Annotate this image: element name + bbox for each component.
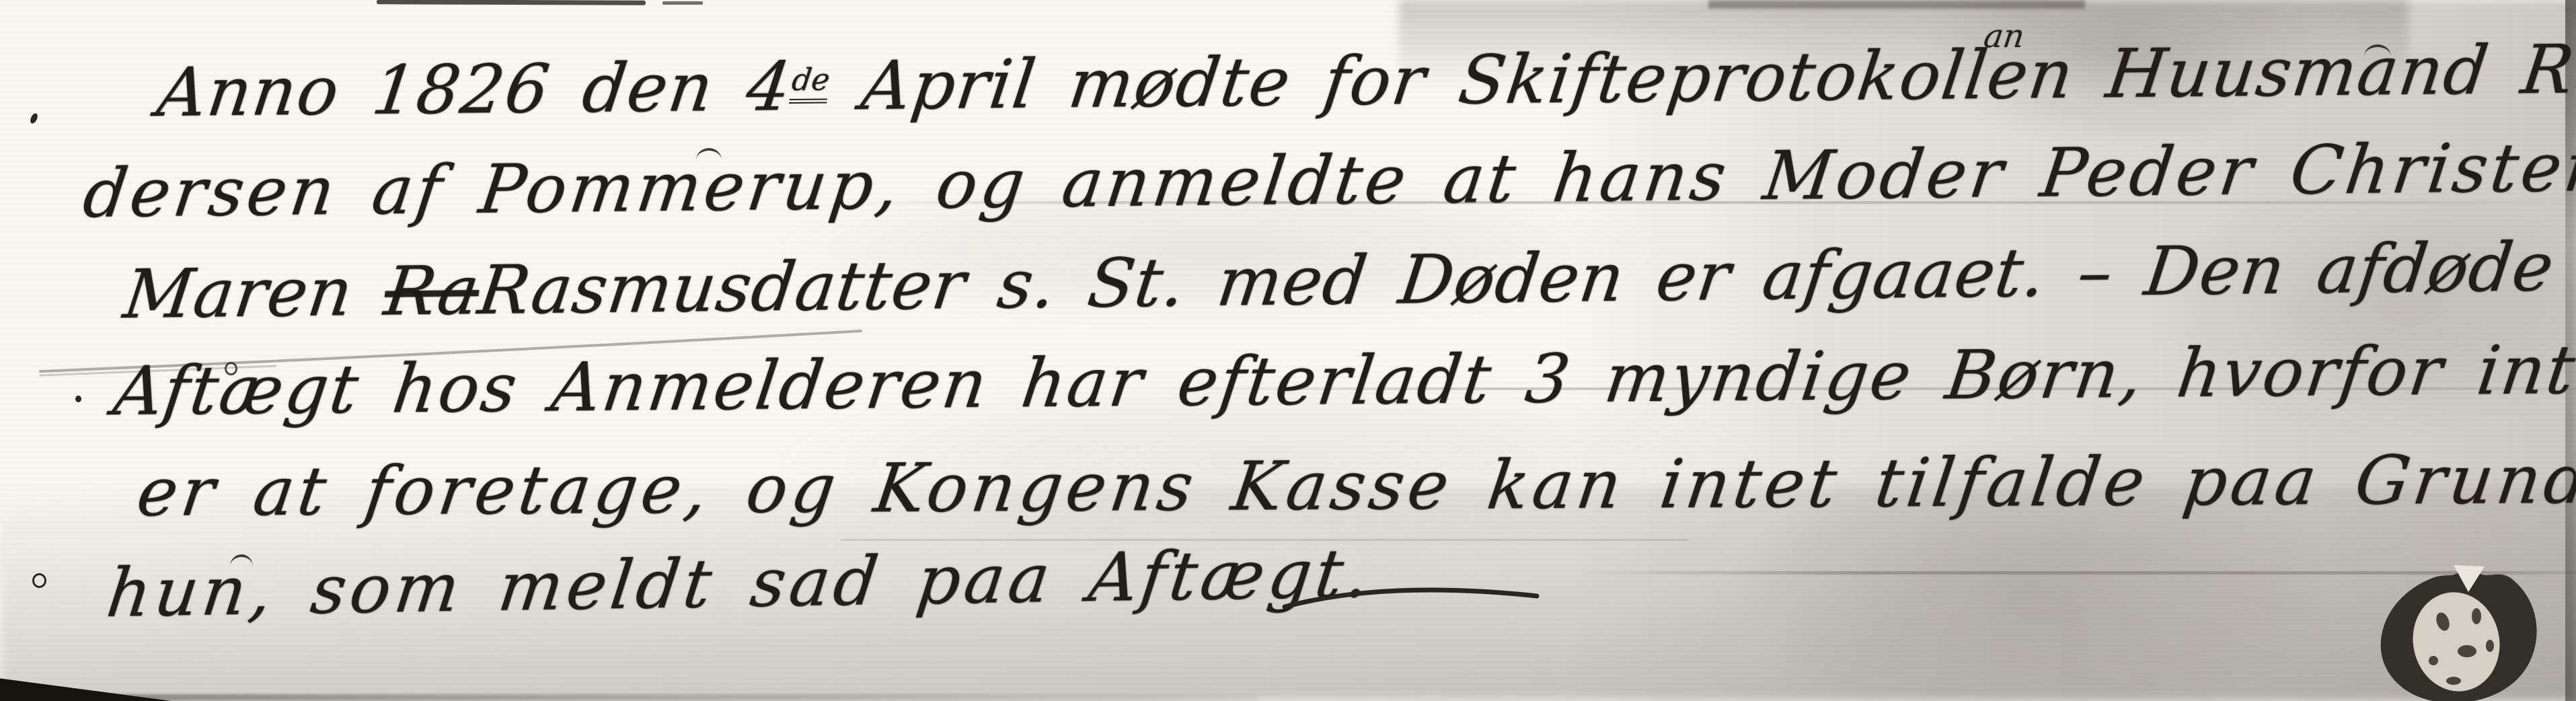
manuscript-line-6: hun, som meldt sad paa Aftægt. — [104, 540, 1377, 627]
scan-edge-mark — [662, 1, 703, 5]
seal-blob — [2354, 565, 2563, 701]
ink-speck — [30, 112, 39, 124]
flourish-dash — [1278, 576, 1547, 616]
ordinal-superscript: de — [789, 61, 832, 104]
scan-bottom-shadow — [81, 694, 1258, 701]
line-text: April mødte for Skifteprotokollen Huusma… — [823, 27, 2576, 126]
line-text: hun, som meldt sad paa Aftægt. — [103, 534, 1377, 632]
line-text: Rasmusdatter s. St. med Døden er afgaaet… — [474, 222, 2576, 330]
ink-speck — [32, 573, 46, 588]
line-text: Maren — [120, 252, 391, 334]
manuscript-line-1: Anno 1826 den 4de April mødte for Skifte… — [153, 33, 2576, 126]
scan-edge-band — [2565, 0, 2576, 701]
line-text: dersen af Pommerup, og anmeldte at hans … — [79, 124, 2576, 233]
scan-edge-mark — [377, 0, 646, 5]
ink-speck — [75, 396, 81, 402]
line-text: Anno 1826 den 4 — [153, 47, 796, 132]
struck-text: Ra — [380, 251, 484, 331]
scan-edge-smudge — [1708, 0, 2085, 9]
manuscript-line-5: er at foretage, og Kongens Kasse kan int… — [133, 445, 2576, 526]
manuscript-line-2: dersen af Pommerup, og anmeldte at hans … — [79, 130, 2576, 227]
manuscript-line-3: Maren RaRasmusdatter s. St. med Døden er… — [120, 228, 2576, 328]
line-text: er at foretage, og Kongens Kasse kan int… — [132, 439, 2576, 531]
manuscript-scan: Anno 1826 den 4de April mødte for Skifte… — [0, 0, 2576, 701]
ink-ring-mark — [225, 362, 237, 375]
interlinear-insertion: an — [1981, 17, 2026, 55]
